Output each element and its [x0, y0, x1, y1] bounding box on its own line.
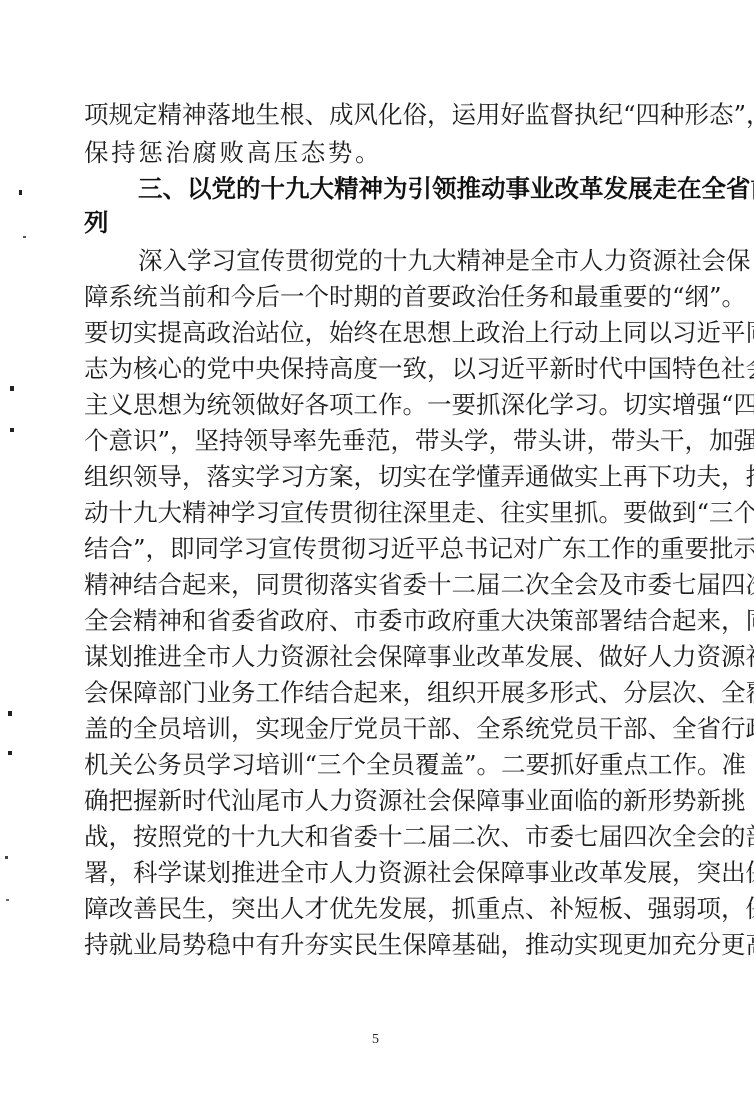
text-line: 障系统当前和今后一个时期的首要政治任务和最重要的“纲”。: [84, 282, 696, 312]
text-line: 战，按照党的十九大和省委十二届二次、市委七届四次全会的部: [84, 822, 696, 852]
scan-mark: [19, 190, 22, 195]
text-line: 全会精神和省委省政府、市委市政府重大决策部署结合起来，同: [84, 606, 696, 636]
text-line: 会保障部门业务工作结合起来，组织开展多形式、分层次、全覆: [84, 678, 696, 708]
scan-mark: [10, 428, 14, 432]
text-line: 确把握新时代汕尾市人力资源社会保障事业面临的新形势新挑: [84, 786, 696, 816]
text-line: 保持惩治腐败高压态势。: [84, 138, 696, 168]
page-number: 5: [372, 1032, 379, 1048]
scan-mark: [23, 236, 26, 238]
text-line: 精神结合起来，同贯彻落实省委十二届二次全会及市委七届四次: [84, 570, 696, 600]
text-line: 障改善民生，突出人才优先发展，抓重点、补短板、强弱项，保: [84, 894, 696, 924]
text-line: 署，科学谋划推进全市人力资源社会保障事业改革发展，突出保: [84, 858, 696, 888]
section-heading-cont: 列: [84, 208, 696, 238]
scan-mark: [5, 856, 8, 859]
text-line: 动十九大精神学习宣传贯彻往深里走、往实里抓。要做到“三个: [84, 498, 696, 528]
paragraph-start: 深入学习宣传贯彻党的十九大精神是全市人力资源社会保: [138, 246, 696, 276]
section-heading: 三、以党的十九大精神为引领推动事业改革发展走在全省前: [138, 174, 696, 204]
document-page: 项规定精神落地生根、成风化俗，运用好监督执纪“四种形态”， 保持惩治腐败高压态势…: [0, 0, 754, 1104]
text-line: 谋划推进全市人力资源社会保障事业改革发展、做好人力资源社: [84, 642, 696, 672]
text-line: 项规定精神落地生根、成风化俗，运用好监督执纪“四种形态”，: [84, 100, 696, 130]
scan-mark: [6, 899, 9, 901]
text-line: 志为核心的党中央保持高度一致，以习近平新时代中国特色社会: [84, 354, 696, 384]
text-line: 盖的全员培训，实现金厅党员干部、全系统党员干部、全省行政: [84, 714, 696, 744]
scan-mark: [8, 751, 12, 755]
text-line: 要切实提高政治站位，始终在思想上政治上行动上同以习近平同: [84, 318, 696, 348]
text-line: 结合”，即同学习宣传贯彻习近平总书记对广东工作的重要批示: [84, 534, 696, 564]
text-line: 持就业局势稳中有升夯实民生保障基础，推动实现更加充分更高: [84, 930, 696, 960]
text-line: 机关公务员学习培训“三个全员覆盖”。二要抓好重点工作。准: [84, 750, 696, 780]
scan-mark: [8, 711, 12, 716]
scan-mark: [10, 386, 14, 391]
text-line: 组织领导，落实学习方案，切实在学懂弄通做实上再下功夫，推: [84, 462, 696, 492]
text-line: 个意识”，坚持领导率先垂范，带头学，带头讲，带头干，加强: [84, 426, 696, 456]
text-line: 主义思想为统领做好各项工作。一要抓深化学习。切实增强“四: [84, 390, 696, 420]
